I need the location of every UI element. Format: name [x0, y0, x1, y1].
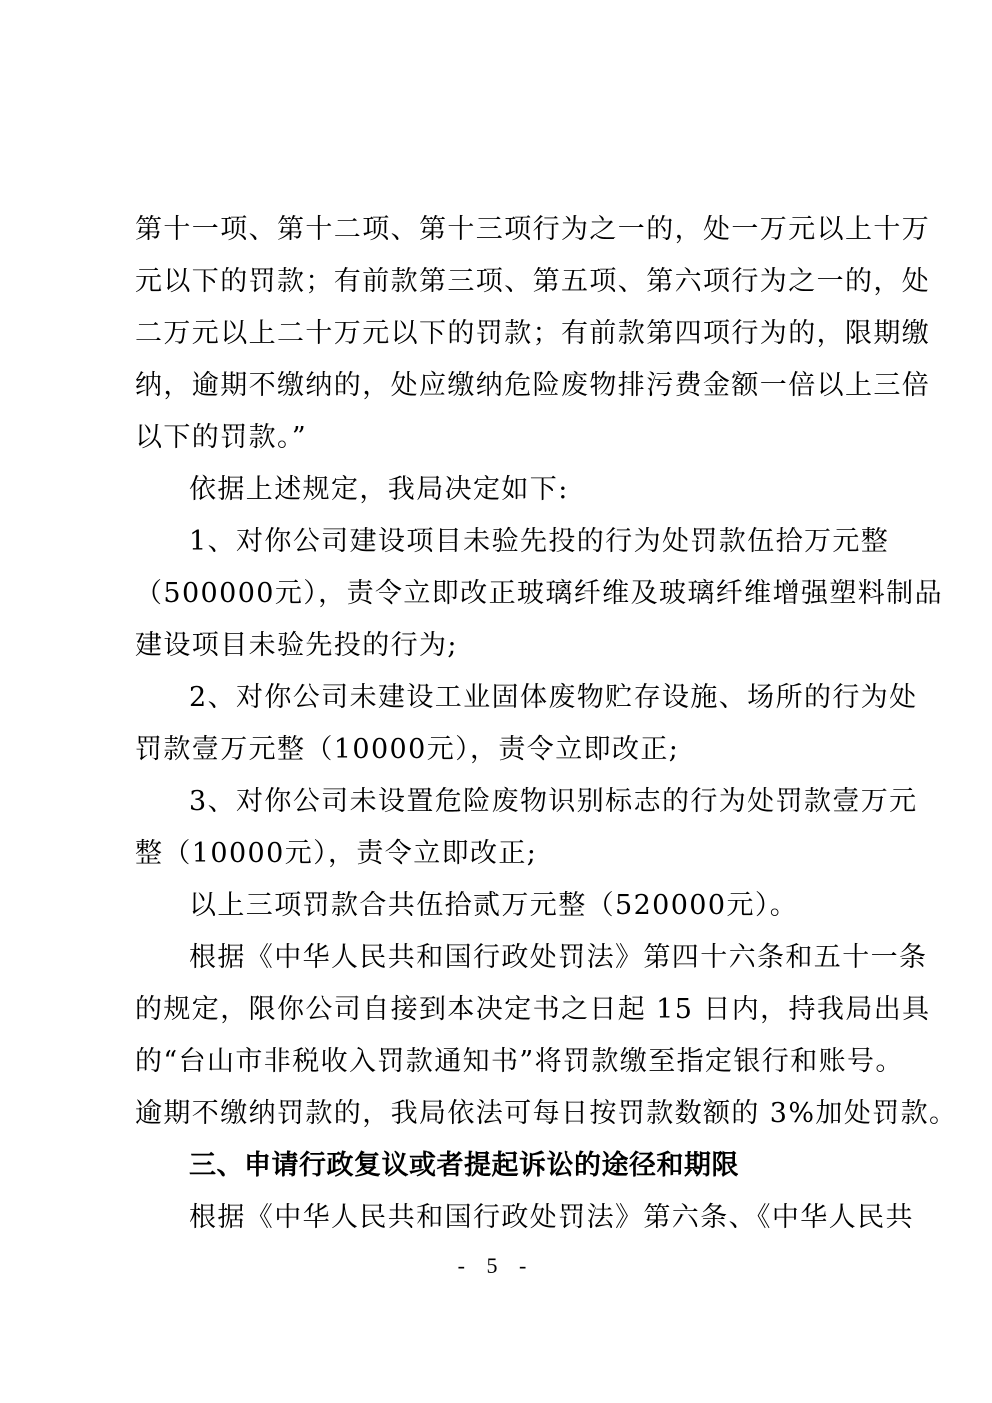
paragraph-line: 元以下的罚款；有前款第三项、第五项、第六项行为之一的，处: [135, 264, 865, 300]
section-heading: 三、申请行政复议或者提起诉讼的途径和期限: [189, 1148, 739, 1184]
decision-item-1: 1、对你公司建设项目未验先投的行为处罚款伍拾万元整: [189, 524, 865, 560]
fine-total: 以上三项罚款合共伍拾贰万元整（520000元）。: [189, 888, 865, 924]
paragraph-line: 以下的罚款。”: [135, 420, 865, 456]
paragraph-line: 根据《中华人民共和国行政处罚法》第四十六条和五十一条: [189, 940, 865, 976]
paragraph-line: （500000元），责令立即改正玻璃纤维及玻璃纤维增强塑料制品: [135, 576, 865, 612]
paragraph-line: 建设项目未验先投的行为;: [135, 628, 865, 664]
paragraph-line: 二万元以上二十万元以下的罚款；有前款第四项行为的，限期缴: [135, 316, 865, 352]
paragraph-line: 依据上述规定，我局决定如下:: [189, 472, 865, 508]
paragraph-line: 根据《中华人民共和国行政处罚法》第六条、《中华人民共: [189, 1200, 865, 1236]
paragraph-line: 整（10000元），责令立即改正;: [135, 836, 865, 872]
decision-item-3: 3、对你公司未设置危险废物识别标志的行为处罚款壹万元: [189, 784, 865, 820]
paragraph-line: 纳，逾期不缴纳的，处应缴纳危险废物排污费金额一倍以上三倍: [135, 368, 865, 404]
paragraph-line: 的规定，限你公司自接到本决定书之日起 15 日内，持我局出具: [135, 992, 865, 1028]
paragraph-line: 逾期不缴纳罚款的，我局依法可每日按罚款数额的 3%加处罚款。: [135, 1096, 865, 1132]
page-number: - 5 -: [0, 1253, 992, 1279]
paragraph-line: 罚款壹万元整（10000元），责令立即改正;: [135, 732, 865, 768]
paragraph-line: 第十一项、第十二项、第十三项行为之一的，处一万元以上十万: [135, 212, 865, 248]
document-page: 第十一项、第十二项、第十三项行为之一的，处一万元以上十万 元以下的罚款；有前款第…: [0, 0, 992, 1403]
decision-item-2: 2、对你公司未建设工业固体废物贮存设施、场所的行为处: [189, 680, 865, 716]
paragraph-line: 的“台山市非税收入罚款通知书”将罚款缴至指定银行和账号。: [135, 1044, 865, 1080]
